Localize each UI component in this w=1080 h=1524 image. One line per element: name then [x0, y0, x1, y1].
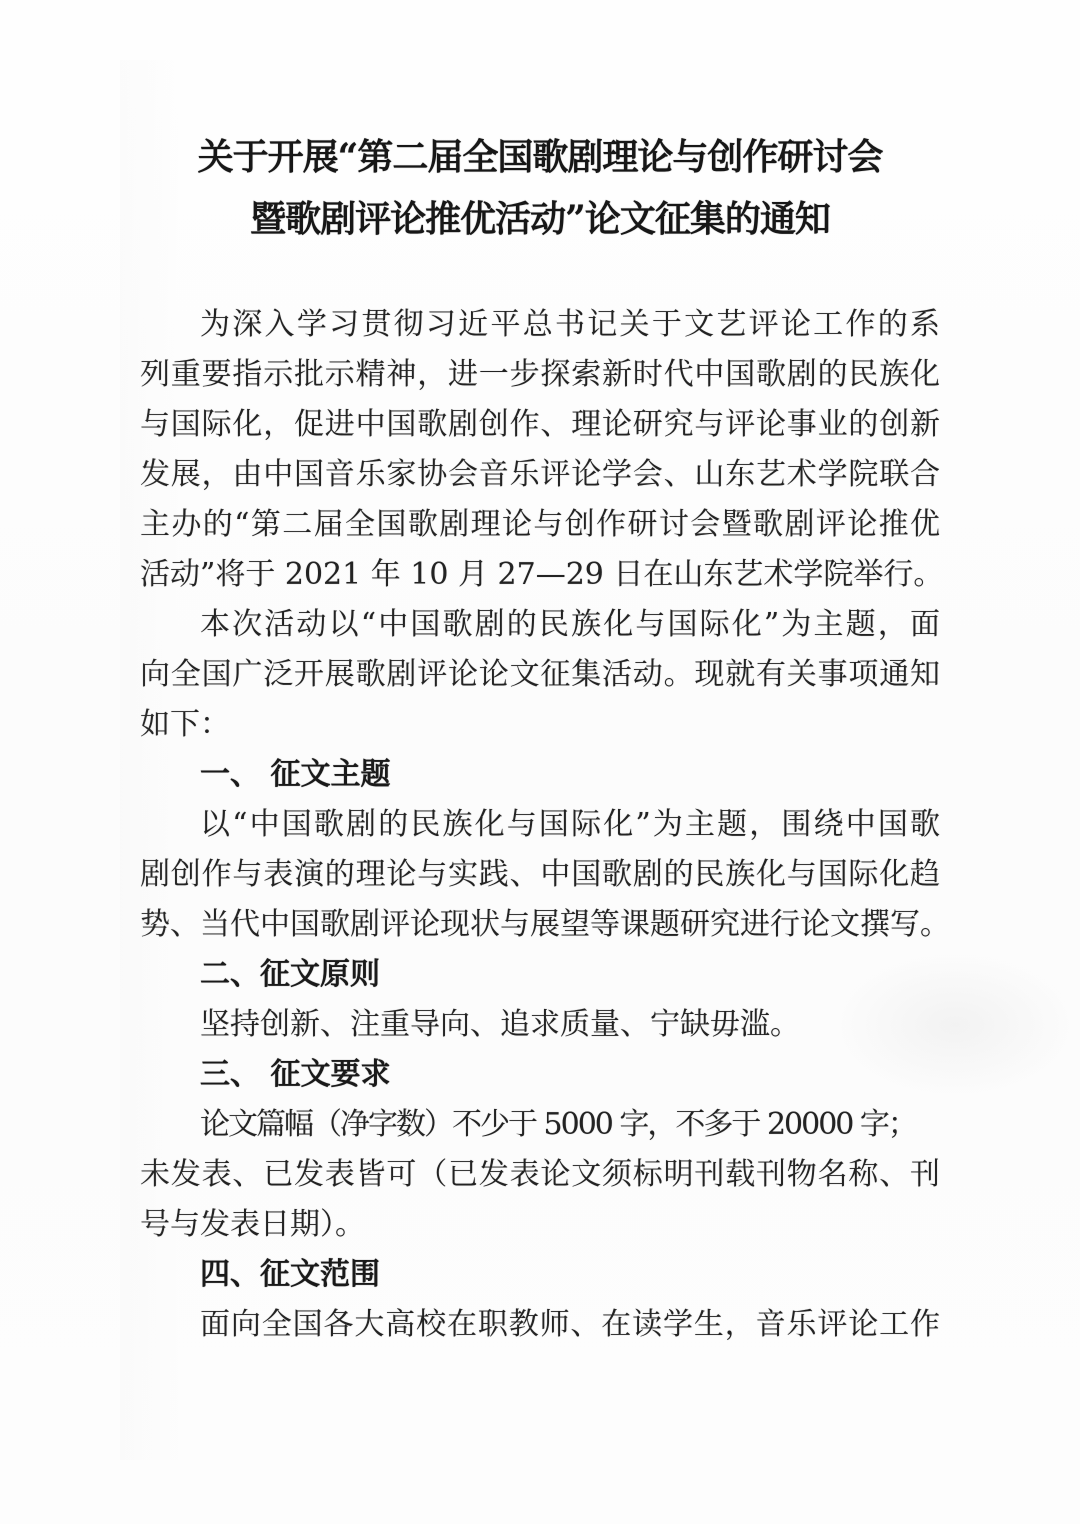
document-title: 关于开展“第二届全国歌剧理论与创作研讨会 暨歌剧评论推优活动”论文征集的通知 — [0, 0, 1080, 250]
text-line: 主办的“第二届全国歌剧理论与创作研讨会暨歌剧评论推优 — [140, 500, 940, 550]
text-line: 坚持创新、注重导向、追求质量、宁缺毋滥。 — [140, 1000, 940, 1050]
text-line: 如下： — [140, 700, 940, 750]
text-line: 为深入学习贯彻习近平总书记关于文艺评论工作的系 — [140, 300, 940, 350]
document-title-line-1: 关于开展“第二届全国歌剧理论与创作研讨会 — [0, 126, 1080, 188]
section-heading: 四、征文范围 — [140, 1250, 940, 1300]
text-line: 论文篇幅（净字数）不少于 5000 字，不多于 20000 字； — [140, 1100, 940, 1150]
text-line: 势、当代中国歌剧评论现状与展望等课题研究进行论文撰写。 — [140, 900, 940, 950]
text-line: 本次活动以“中国歌剧的民族化与国际化”为主题，面 — [140, 600, 940, 650]
text-line: 列重要指示批示精神，进一步探索新时代中国歌剧的民族化 — [140, 350, 940, 400]
text-line: 以“中国歌剧的民族化与国际化”为主题，围绕中国歌 — [140, 800, 940, 850]
text-line: 与国际化，促进中国歌剧创作、理论研究与评论事业的创新 — [140, 400, 940, 450]
text-line: 面向全国各大高校在职教师、在读学生，音乐评论工作 — [140, 1300, 940, 1350]
text-line: 号与发表日期）。 — [140, 1200, 940, 1250]
section-heading: 一、 征文主题 — [140, 750, 940, 800]
section-heading: 三、 征文要求 — [140, 1050, 940, 1100]
text-line: 活动”将于 2021 年 10 月 27—29 日在山东艺术学院举行。 — [140, 550, 940, 600]
document-title-line-2: 暨歌剧评论推优活动”论文征集的通知 — [0, 188, 1080, 250]
text-line: 发展，由中国音乐家协会音乐评论学会、山东艺术学院联合 — [140, 450, 940, 500]
text-line: 剧创作与表演的理论与实践、中国歌剧的民族化与国际化趋 — [140, 850, 940, 900]
section-heading: 二、征文原则 — [140, 950, 940, 1000]
text-line: 向全国广泛开展歌剧评论论文征集活动。现就有关事项通知 — [140, 650, 940, 700]
text-line: 未发表、已发表皆可（已发表论文须标明刊载刊物名称、刊 — [140, 1150, 940, 1200]
scanned-document-page: 关于开展“第二届全国歌剧理论与创作研讨会 暨歌剧评论推优活动”论文征集的通知 为… — [0, 0, 1080, 1524]
document-body: 为深入学习贯彻习近平总书记关于文艺评论工作的系列重要指示批示精神，进一步探索新时… — [140, 300, 940, 1350]
